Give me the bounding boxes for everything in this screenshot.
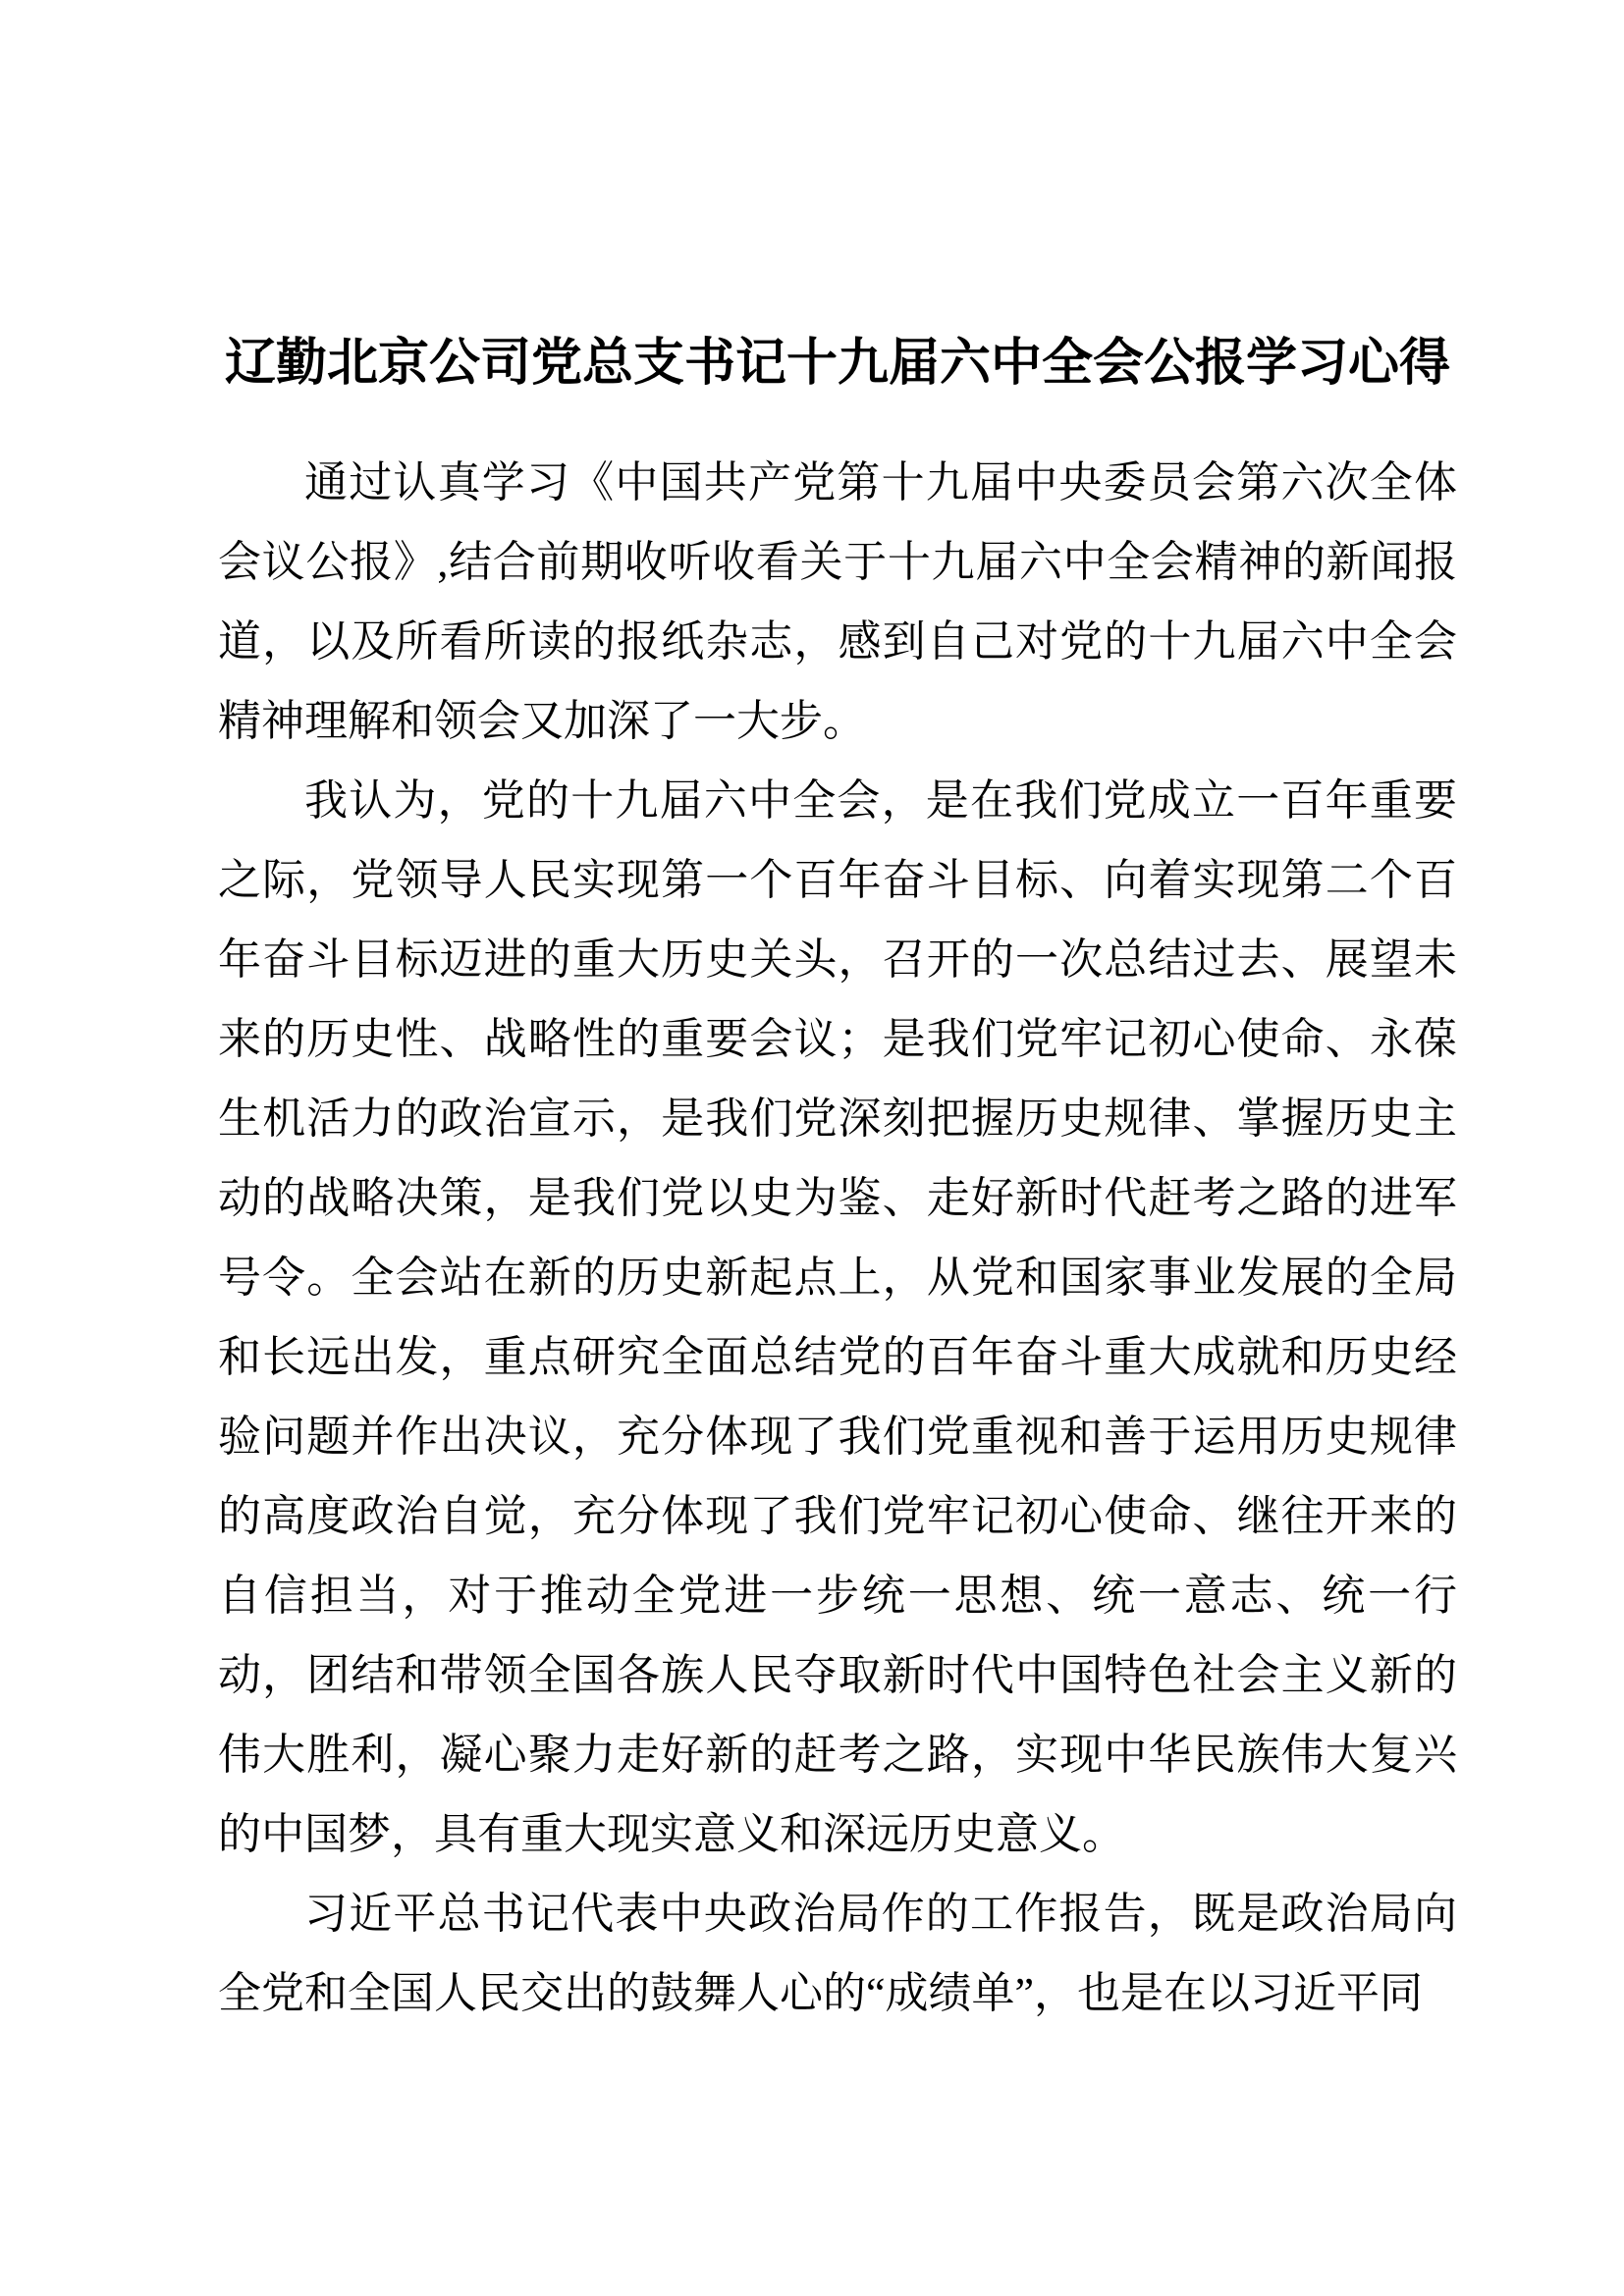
paragraph-1: 通过认真学习《中国共产党第十九届中央委员会第六次全体会议公报》,结合前期收听收看… xyxy=(218,443,1457,761)
document-page: 辽勤北京公司党总支书记十九届六中全会公报学习心得 通过认真学习《中国共产党第十九… xyxy=(0,0,1624,2296)
paragraph-3: 习近平总书记代表中央政治局作的工作报告，既是政治局向全党和全国人民交出的鼓舞人心… xyxy=(218,1874,1457,2033)
document-title: 辽勤北京公司党总支书记十九届六中全会公报学习心得 xyxy=(216,330,1459,399)
paragraph-2: 我认为，党的十九届六中全会，是在我们党成立一百年重要之际，党领导人民实现第一个百… xyxy=(218,761,1457,1874)
document-body: 通过认真学习《中国共产党第十九届中央委员会第六次全体会议公报》,结合前期收听收看… xyxy=(218,443,1457,2033)
